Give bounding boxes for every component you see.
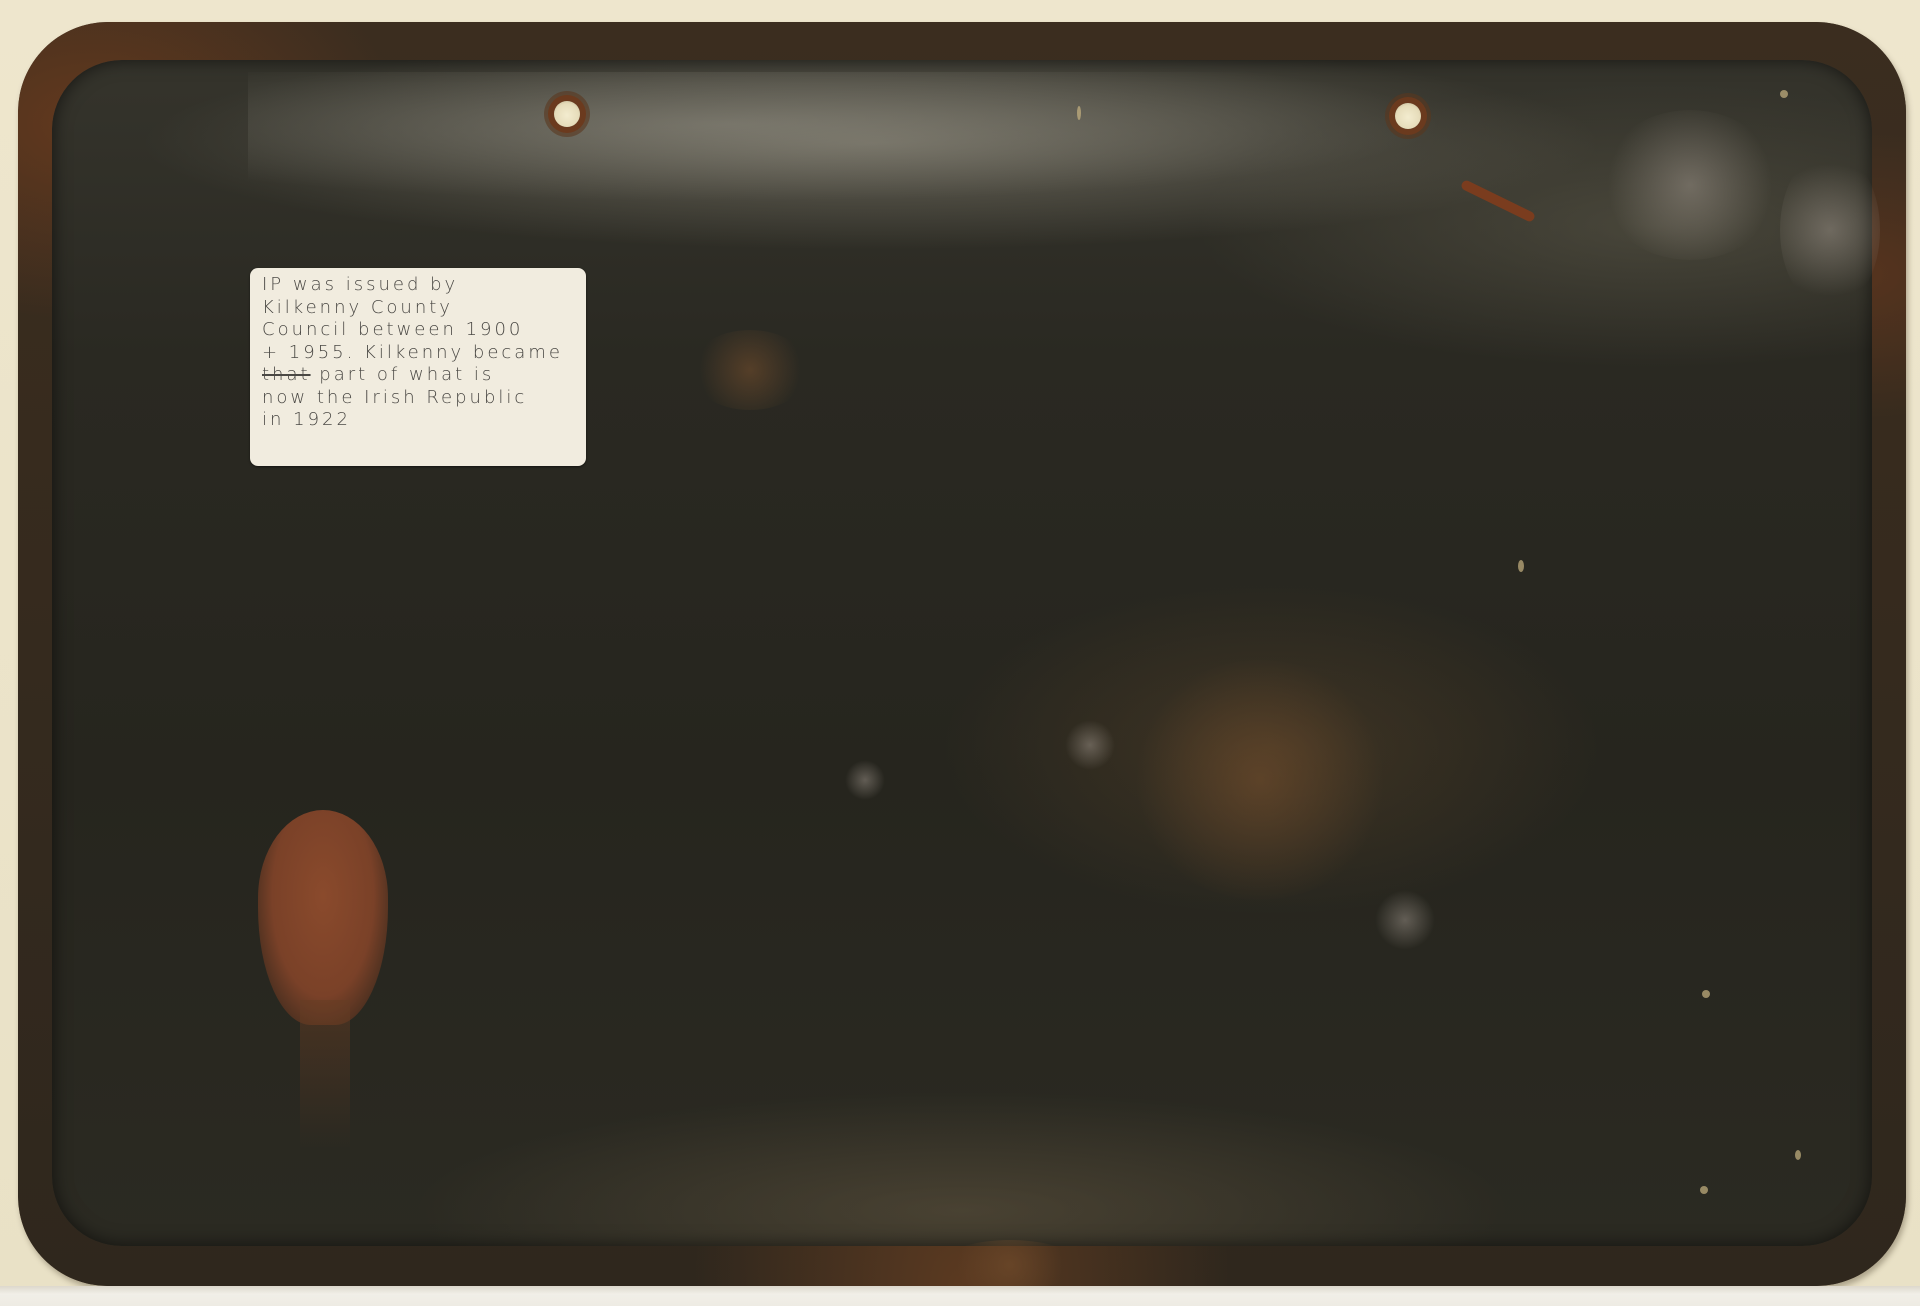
paint-bloom [1600, 110, 1780, 260]
label-line-2: Kilkenny County [262, 297, 576, 320]
speck [1702, 990, 1710, 998]
display-ledge [0, 1286, 1920, 1306]
speck [1077, 106, 1081, 120]
rust-stain [258, 810, 388, 1025]
speck [1518, 560, 1524, 572]
speck [1780, 90, 1788, 98]
label-line-5-text: part of what is [311, 364, 495, 385]
label-line-1: IP was issued by [262, 274, 576, 297]
rust-patch [1130, 660, 1390, 900]
mounting-hole-right [1395, 103, 1421, 129]
label-line-7: in 1922 [262, 409, 576, 432]
photo-scene: IP was issued by Kilkenny County Council… [0, 0, 1920, 1306]
label-line-6: now the Irish Republic [262, 387, 576, 410]
handwritten-label: IP was issued by Kilkenny County Council… [250, 268, 586, 466]
paint-bloom [1780, 150, 1880, 310]
rust-patch [690, 330, 810, 410]
paint-bloom [1375, 890, 1435, 950]
rust-drip [300, 1000, 350, 1150]
label-line-4: + 1955. Kilkenny became [262, 342, 576, 365]
paint-bloom [1065, 720, 1115, 770]
label-line-3: Council between 1900 [262, 319, 576, 342]
mounting-hole-left [554, 101, 580, 127]
speck [1700, 1186, 1708, 1194]
speck [1795, 1150, 1801, 1160]
paint-bloom [845, 760, 885, 800]
struck-word: that [262, 364, 311, 385]
label-line-5: that part of what is [262, 364, 576, 387]
rust-patch [940, 1240, 1080, 1290]
